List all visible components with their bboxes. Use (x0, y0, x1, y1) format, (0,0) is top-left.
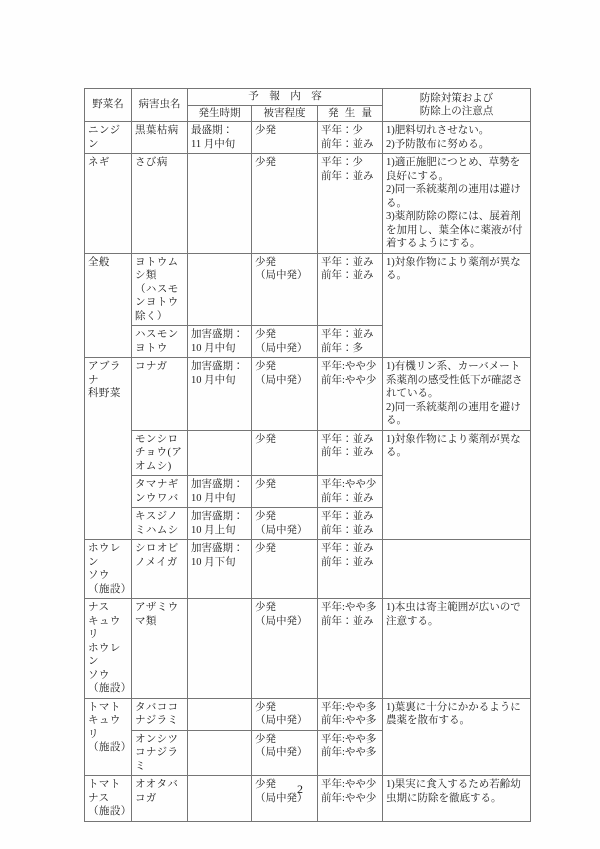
table-row: ネギさび病少発平年：少 前年：並み1)適正施肥につとめ、草勢を 良好にする。 2… (85, 154, 531, 254)
period-cell: 加害盛期： 10 月上旬 (188, 508, 252, 540)
notes-cell: 1)適正施肥につとめ、草勢を 良好にする。 2)同一系統薬剤の連用は避け る。 … (383, 154, 531, 254)
pest-cell: アザミウ マ類 (132, 599, 188, 699)
damage-cell: 少発 （局中発） (252, 358, 318, 431)
amount-cell: 平年：少 前年：並み (318, 122, 383, 154)
veg-cell: アブラナ 科野菜 (85, 358, 132, 540)
damage-cell: 少発 (252, 122, 318, 154)
amount-cell: 平年：並み 前年：並み (318, 508, 383, 540)
period-cell (188, 430, 252, 476)
document-page: 野菜名 病害虫名 予報内容 防除対策および 防除上の注意点 発生時期 被害程度 … (0, 0, 600, 849)
table-row: ホウレン ソウ （施設）シロオビ ノメイガ加害盛期： 10 月下旬少発平年：並み… (85, 540, 531, 599)
damage-cell: 少発 （局中発） (252, 508, 318, 540)
notes-cell: 1)葉裏に十分にかかるように 農薬を散布する。 (383, 698, 531, 776)
header-occurrence-period: 発生時期 (188, 105, 252, 122)
notes-cell: 1)対象作物により薬剤が異な る。 (383, 430, 531, 540)
table-row: ナス キュウリ ホウレン ソウ （施設）アザミウ マ類少発 （局中発）平年:やや… (85, 599, 531, 699)
header-pest-name: 病害虫名 (132, 89, 188, 122)
damage-cell: 少発 (252, 430, 318, 476)
header-vegetable-name: 野菜名 (85, 89, 132, 122)
table-row: トマト キュウリ （施設）タバココ ナジラミ少発 （局中発）平年:やや多 前年:… (85, 698, 531, 730)
veg-cell: ナス キュウリ ホウレン ソウ （施設） (85, 599, 132, 699)
table-row: 全般ヨトウム シ類 （ハスモ ンヨトウ 除く）少発 （局中発）平年：並み 前年：… (85, 253, 531, 326)
damage-cell: 少発 （局中発） (252, 730, 318, 776)
pest-cell: モンシロ チョウ(ア オムシ) (132, 430, 188, 476)
header-control-notes: 防除対策および 防除上の注意点 (383, 89, 531, 122)
notes-cell: 1)本虫は寄主範囲が広いので 注意する。 (383, 599, 531, 699)
period-cell (188, 154, 252, 254)
table-row: ニンジン黒葉枯病最盛期： 11 月中旬少発平年：少 前年：並み1)肥料切れさせな… (85, 122, 531, 154)
table-header: 野菜名 病害虫名 予報内容 防除対策および 防除上の注意点 発生時期 被害程度 … (85, 89, 531, 122)
veg-cell: トマト キュウリ （施設） (85, 698, 132, 776)
damage-cell: 少発 （局中発） (252, 599, 318, 699)
period-cell: 加害盛期： 10 月中旬 (188, 476, 252, 508)
header-damage-degree: 被害程度 (252, 105, 318, 122)
pest-cell: タマナギ ンウワバ (132, 476, 188, 508)
header-row-1: 野菜名 病害虫名 予報内容 防除対策および 防除上の注意点 (85, 89, 531, 106)
pest-cell: タバココ ナジラミ (132, 698, 188, 730)
pest-cell: 黒葉枯病 (132, 122, 188, 154)
pest-forecast-table: 野菜名 病害虫名 予報内容 防除対策および 防除上の注意点 発生時期 被害程度 … (84, 88, 531, 822)
notes-cell: 1)対象作物により薬剤が異な る。 (383, 253, 531, 358)
damage-cell: 少発 （局中発） (252, 698, 318, 730)
notes-cell (383, 540, 531, 599)
pest-cell: さび病 (132, 154, 188, 254)
damage-cell: 少発 (252, 476, 318, 508)
notes-cell: 1)有機リン系、カーバメート 系薬剤の感受性低下が確認さ れている。 2)同一系… (383, 358, 531, 431)
pest-cell: コナガ (132, 358, 188, 431)
damage-cell: 少発 （局中発） (252, 253, 318, 326)
period-cell (188, 730, 252, 776)
veg-cell: ネギ (85, 154, 132, 254)
pest-cell: ヨトウム シ類 （ハスモ ンヨトウ 除く） (132, 253, 188, 326)
table-row: モンシロ チョウ(ア オムシ)少発平年：並み 前年：並み1)対象作物により薬剤が… (85, 430, 531, 476)
header-forecast-content: 予報内容 (188, 89, 383, 106)
pest-cell: オンシツ コナジラ ミ (132, 730, 188, 776)
amount-cell: 平年:やや多 前年:やや多 (318, 730, 383, 776)
pest-cell: シロオビ ノメイガ (132, 540, 188, 599)
notes-cell: 1)肥料切れさせない。 2)予防散布に努める。 (383, 122, 531, 154)
amount-cell: 平年:やや少 前年：並み (318, 476, 383, 508)
amount-cell: 平年：少 前年：並み (318, 154, 383, 254)
amount-cell: 平年：並み 前年：並み (318, 430, 383, 476)
pest-cell: ハスモン ヨトウ (132, 326, 188, 358)
period-cell (188, 599, 252, 699)
period-cell: 加害盛期： 10 月中旬 (188, 326, 252, 358)
header-occurrence-amount: 発生量 (318, 105, 383, 122)
period-cell: 最盛期： 11 月中旬 (188, 122, 252, 154)
amount-cell: 平年:やや多 前年：並み (318, 599, 383, 699)
veg-cell: ホウレン ソウ （施設） (85, 540, 132, 599)
period-cell (188, 698, 252, 730)
table-body: ニンジン黒葉枯病最盛期： 11 月中旬少発平年：少 前年：並み1)肥料切れさせな… (85, 122, 531, 822)
damage-cell: 少発 (252, 540, 318, 599)
veg-cell: ニンジン (85, 122, 132, 154)
pest-cell: キスジノ ミハムシ (132, 508, 188, 540)
amount-cell: 平年：並み 前年：並み (318, 253, 383, 326)
veg-cell: 全般 (85, 253, 132, 358)
amount-cell: 平年：並み 前年：多 (318, 326, 383, 358)
amount-cell: 平年:やや少 前年:やや少 (318, 358, 383, 431)
period-cell: 加害盛期： 10 月中旬 (188, 358, 252, 431)
period-cell: 加害盛期： 10 月下旬 (188, 540, 252, 599)
table-row: アブラナ 科野菜コナガ加害盛期： 10 月中旬少発 （局中発）平年:やや少 前年… (85, 358, 531, 431)
page-number: 2 (0, 782, 600, 797)
damage-cell: 少発 (252, 154, 318, 254)
amount-cell: 平年：並み 前年：並み (318, 540, 383, 599)
damage-cell: 少発 （局中発） (252, 326, 318, 358)
period-cell (188, 253, 252, 326)
amount-cell: 平年:やや多 前年:やや多 (318, 698, 383, 730)
